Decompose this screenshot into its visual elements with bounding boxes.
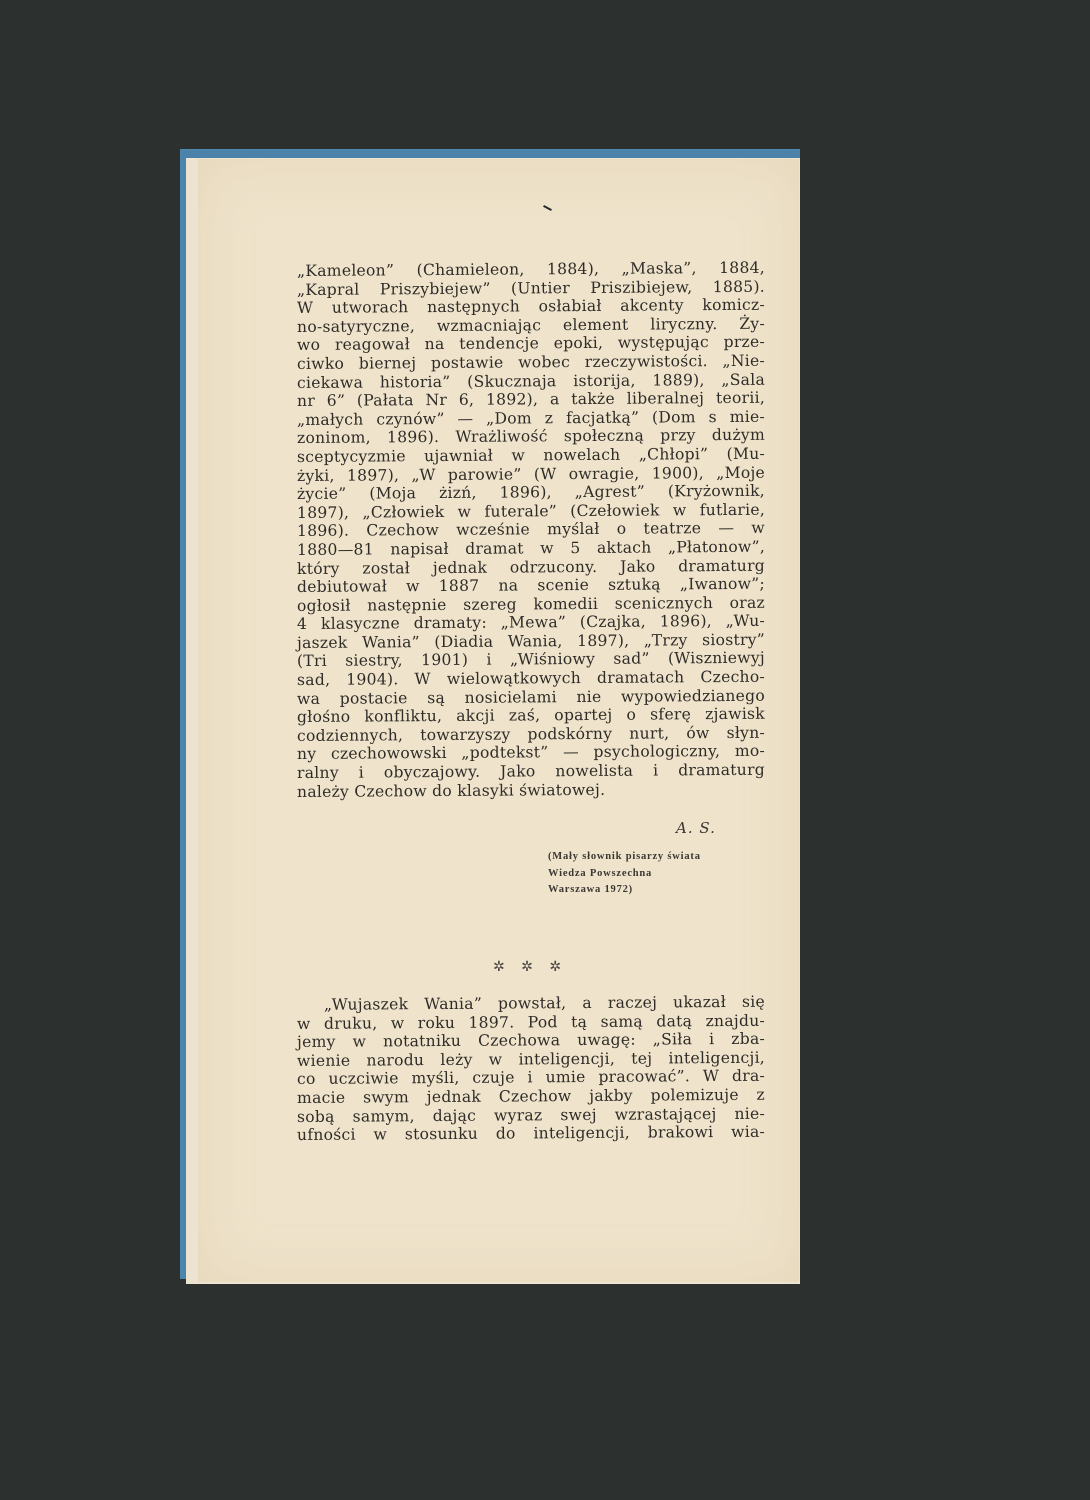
essay-text: „Wujaszek Wania” powstał, a raczej ukaza… — [297, 996, 765, 1145]
source-citation: (Mały słownik pisarzy świata Wiedza Pows… — [548, 849, 701, 899]
biography-text: „Kameleon” (Chamieleon, 1884), „Maska”, … — [297, 262, 765, 801]
author-signature: A. S. — [676, 819, 716, 837]
text-line: należy Czechow do klasyki światowej. — [297, 779, 765, 801]
ink-speck — [543, 205, 552, 211]
citation-line: (Mały słownik pisarzy świata — [548, 849, 701, 866]
citation-line: Wiedza Powszechna — [548, 866, 701, 883]
citation-line: Warszawa 1972) — [548, 882, 701, 899]
blue-spine — [182, 151, 800, 158]
page: „Kameleon” (Chamieleon, 1884), „Maska”, … — [198, 159, 799, 1282]
section-separator-stars: ✲ ✲ ✲ — [493, 959, 567, 975]
scan-background: „Kameleon” (Chamieleon, 1884), „Maska”, … — [0, 0, 1090, 1500]
text-line: ufności w stosunku do inteligencji, brak… — [297, 1123, 765, 1145]
